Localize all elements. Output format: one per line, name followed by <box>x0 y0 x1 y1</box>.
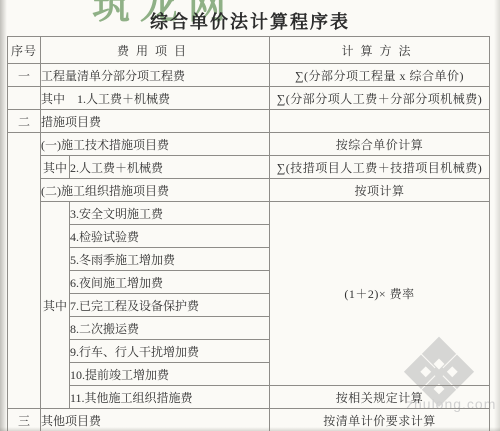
table-row: 其中 1.人工费＋机械费 ∑(分部分项人工费＋分部分项机械费) <box>8 87 490 110</box>
item-cell: 11.其他施工组织措施费 <box>70 386 270 409</box>
header-item: 费用项目 <box>41 37 270 64</box>
document-page: 筑龙网 综合单价法计算程序表 zhulong.com 序号 费用项目 计算方法 <box>0 0 500 431</box>
scan-edge-right <box>494 0 500 431</box>
table-row: 其中 2.人工费＋机械费 ∑(技措项目人工费＋技措项目机械费) <box>8 156 490 179</box>
table-row: (一)施工技术措施项目费 按综合单价计算 <box>8 133 490 156</box>
item-cell: 措施项目费 <box>41 110 270 133</box>
seq-cell: 二 <box>8 110 41 133</box>
table-row: 一 工程量清单分部分项工程费 ∑(分部分项工程量 x 综合单价) <box>8 64 490 87</box>
header-method: 计算方法 <box>270 37 490 64</box>
subgroup-cell-merged: 其中 <box>41 202 70 409</box>
table-row: 11.其他施工组织措施费 按相关规定计算 <box>8 386 490 409</box>
method-cell-empty <box>270 110 490 133</box>
method-cell-merged: (1＋2)× 费率 <box>270 202 490 386</box>
table-header-row: 序号 费用项目 计算方法 <box>8 37 490 64</box>
item-cell: 4.检验试验费 <box>70 225 270 248</box>
subgroup-cell: 其中 <box>41 156 70 179</box>
method-cell: ∑(分部分项工程量 x 综合单价) <box>270 64 490 87</box>
item-cell: 工程量清单分部分项工程费 <box>41 64 270 87</box>
item-cell: 其中 1.人工费＋机械费 <box>41 87 270 110</box>
item-cell: 6.夜间施工增加费 <box>70 271 270 294</box>
seq-cell: 一 <box>8 64 41 87</box>
item-cell: 10.提前竣工增加费 <box>70 363 270 386</box>
item-cell: 2.人工费＋机械费 <box>70 156 270 179</box>
table-row: (二)施工组织措施项目费 按项计算 <box>8 179 490 202</box>
scan-edge-left <box>0 0 7 431</box>
method-cell: ∑(技措项目人工费＋技措项目机械费) <box>270 156 490 179</box>
header-seq: 序号 <box>8 37 41 64</box>
item-cell: 8.二次搬运费 <box>70 317 270 340</box>
item-cell: (二)施工组织措施项目费 <box>41 179 270 202</box>
item-cell: (一)施工技术措施项目费 <box>41 133 270 156</box>
seq-cell-empty-merged <box>8 133 41 409</box>
table-row: 三 其他项目费 按清单计价要求计算 <box>8 409 490 431</box>
table-row: 二 措施项目费 <box>8 110 490 133</box>
item-cell: 7.已完工程及设备保护费 <box>70 294 270 317</box>
method-cell: ∑(分部分项人工费＋分部分项机械费) <box>270 87 490 110</box>
item-cell: 5.冬雨季施工增加费 <box>70 248 270 271</box>
page-title: 综合单价法计算程序表 <box>0 8 500 34</box>
method-cell: 按相关规定计算 <box>270 386 490 409</box>
method-cell: 按项计算 <box>270 179 490 202</box>
item-cell: 其他项目费 <box>41 409 270 431</box>
seq-cell: 三 <box>8 409 41 431</box>
table-row: 其中 3.安全文明施工费 (1＋2)× 费率 <box>8 202 490 225</box>
method-cell: 按清单计价要求计算 <box>270 409 490 431</box>
calculation-table: 序号 费用项目 计算方法 一 工程量清单分部分项工程费 ∑(分部分项工程量 x … <box>7 36 490 431</box>
item-cell: 9.行车、行人干扰增加费 <box>70 340 270 363</box>
item-cell: 3.安全文明施工费 <box>70 202 270 225</box>
method-cell: 按综合单价计算 <box>270 133 490 156</box>
seq-cell-empty <box>8 87 41 110</box>
